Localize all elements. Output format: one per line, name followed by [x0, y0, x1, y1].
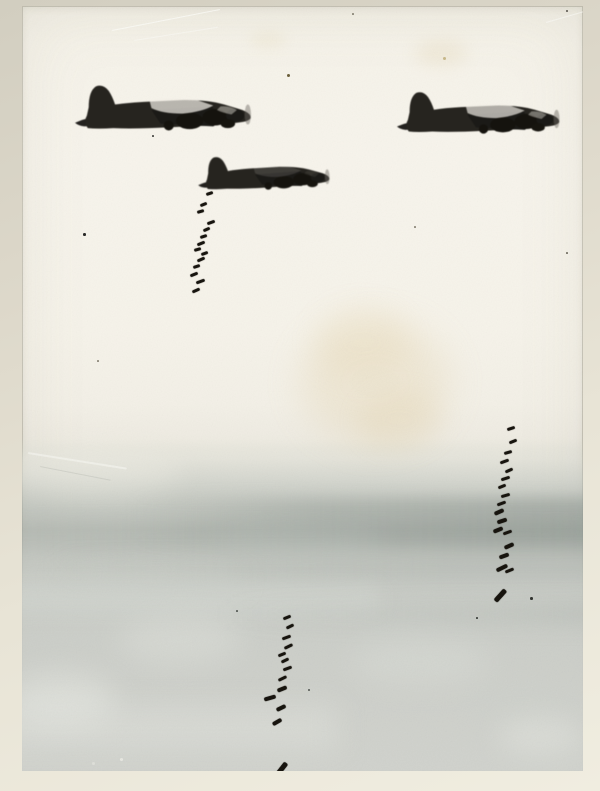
- photo-stain: [250, 31, 286, 49]
- dust-speck: [92, 762, 95, 765]
- haze-dark-band: [22, 521, 583, 555]
- falling-bomb: [286, 623, 294, 629]
- falling-bomb: [498, 484, 507, 490]
- photograph: [22, 6, 583, 771]
- falling-bomb: [494, 508, 505, 515]
- falling-bomb: [493, 588, 507, 603]
- stain-layer: [22, 6, 583, 771]
- photo-scratch: [28, 452, 127, 469]
- dust-speck: [83, 233, 86, 236]
- photo-scratch: [112, 9, 220, 31]
- falling-bomb: [276, 704, 287, 712]
- dust-speck: [476, 617, 478, 619]
- falling-bomb: [200, 202, 207, 207]
- falling-bomb: [194, 247, 201, 251]
- falling-bomb: [281, 657, 289, 663]
- photo-scratch: [546, 6, 583, 23]
- falling-bomb: [509, 439, 518, 445]
- haze-streak: [60, 556, 583, 582]
- falling-bomb: [507, 426, 516, 431]
- falling-bombs-layer: [22, 6, 583, 771]
- falling-bomb: [497, 518, 508, 525]
- photo-scratch: [134, 27, 218, 41]
- falling-bomb: [197, 241, 206, 247]
- photo-stain: [22, 674, 115, 726]
- dust-speck: [120, 758, 123, 761]
- photo-stain: [415, 40, 467, 66]
- falling-bomb: [278, 652, 287, 658]
- falling-bomb: [193, 264, 200, 269]
- scanned-photo-canvas: [0, 0, 600, 791]
- falling-bomb: [504, 542, 515, 549]
- falling-bomb: [501, 493, 511, 499]
- dust-speck: [530, 597, 533, 600]
- falling-bomb: [277, 685, 288, 692]
- dust-speck: [566, 252, 568, 254]
- falling-bomb: [500, 459, 510, 465]
- dust-speck: [97, 360, 99, 362]
- scratch-layer: [22, 6, 583, 771]
- photo-stain: [118, 616, 242, 664]
- dust-speck: [443, 57, 446, 60]
- terrain-haze: [22, 6, 583, 771]
- falling-bomb: [192, 287, 200, 293]
- photo-stain: [300, 320, 450, 444]
- dust-speck: [414, 226, 416, 228]
- photo-stain: [22, 448, 180, 492]
- photo-stain: [215, 525, 385, 561]
- film-grain-overlay: [22, 6, 583, 771]
- falling-bomb: [284, 643, 293, 650]
- falling-bomb: [505, 467, 513, 473]
- dust-speck: [308, 689, 310, 691]
- falling-bomb: [505, 567, 515, 573]
- photo-stain: [350, 640, 490, 684]
- falling-bomb: [272, 718, 282, 726]
- dust-speck: [566, 10, 568, 12]
- haze-dark-band: [130, 497, 583, 543]
- photo-stain: [358, 390, 442, 450]
- photo-stain: [55, 566, 245, 598]
- b17-bomber: [397, 87, 565, 141]
- haze-streak: [220, 604, 583, 624]
- falling-bomb: [283, 666, 293, 672]
- falling-bomb: [207, 220, 216, 225]
- dust-speck: [352, 13, 354, 15]
- b17-bomber: [75, 80, 257, 138]
- falling-bomb: [200, 234, 207, 239]
- falling-bomb: [206, 191, 213, 196]
- dust-speck: [236, 610, 238, 612]
- falling-bomb: [504, 450, 512, 455]
- bomber-formation: [22, 6, 583, 771]
- falling-bomb: [499, 552, 510, 559]
- falling-bomb: [201, 251, 208, 256]
- dust-speck: [287, 74, 290, 77]
- falling-bomb: [203, 227, 210, 232]
- haze-light-streak: [22, 588, 378, 610]
- falling-bomb: [497, 501, 507, 507]
- falling-bomb: [501, 476, 511, 482]
- falling-bomb: [197, 209, 204, 213]
- falling-bomb: [190, 272, 199, 278]
- falling-bomb: [197, 256, 205, 262]
- falling-bomb: [196, 279, 206, 285]
- haze-light-streak: [22, 706, 338, 750]
- falling-bomb: [278, 675, 287, 682]
- falling-bomb: [282, 635, 292, 641]
- b17-bomber: [198, 151, 335, 197]
- photo-stain: [314, 306, 410, 378]
- photo-stain: [460, 680, 580, 720]
- falling-bomb: [493, 526, 504, 533]
- photo-stain: [498, 716, 582, 756]
- photo-scratch: [40, 466, 111, 481]
- falling-bomb: [283, 615, 292, 621]
- falling-bomb: [264, 694, 277, 701]
- dust-speck: [152, 135, 154, 137]
- falling-bomb: [496, 564, 509, 573]
- falling-bomb: [276, 761, 289, 771]
- falling-bomb: [503, 530, 513, 536]
- dust-speck-layer: [22, 6, 583, 771]
